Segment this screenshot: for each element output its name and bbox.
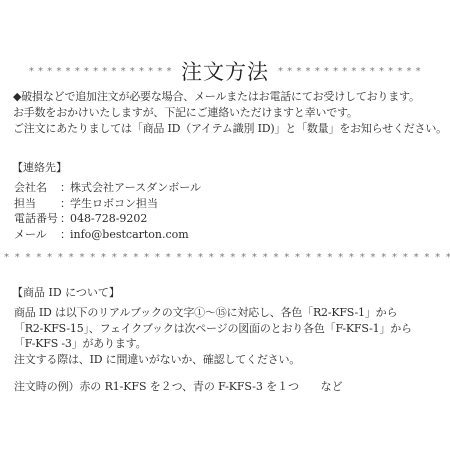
email-address: info@bestcarton.com [70, 227, 189, 243]
phone-number: 048-728-9202 [70, 211, 147, 227]
intro-line: ◆破損などで追加注文が必要な場合、メールまたはお電話にてお受けしております。 [13, 89, 447, 105]
contact-value: 学生ロボコン担当 [70, 196, 158, 212]
intro-line: ご注文にあたりましては「商品 ID（アイテム識別 ID)」と「数量」をお知らせく… [13, 121, 447, 137]
order-example: 注文時の例）赤の R1-KFS を２つ、青の F-KFS-3 を１つ など [14, 378, 343, 394]
stars-divider: * * * * * * * * * * * * * * * * * * * * … [4, 245, 446, 264]
contact-heading: 【連絡先】 [12, 159, 67, 175]
page-title: 注文方法 [181, 56, 269, 86]
contact-separator: ： [60, 211, 70, 227]
contact-list: 会社名 ： 株式会社アースダンボール 担当 ： 学生ロボコン担当 電話番号 ： … [14, 180, 201, 242]
contact-row-person: 担当 ： 学生ロボコン担当 [14, 196, 201, 212]
product-id-line: 「F-KFS -3」があります。 [14, 336, 412, 352]
intro-line: お手数をおかけいたしますが、下記にご連絡いただけますと幸いです。 [13, 105, 447, 121]
contact-label: 電話番号 [14, 211, 60, 227]
product-id-heading: 【商品 ID について】 [12, 284, 120, 300]
product-id-line: 注文する際は、ID に間違いがないか、確認してください。 [14, 352, 412, 368]
contact-separator: ： [60, 180, 70, 196]
contact-label: 会社名 [14, 180, 60, 196]
contact-label: メール [14, 227, 60, 243]
contact-separator: ： [60, 196, 70, 212]
contact-separator: ： [60, 227, 70, 243]
contact-label: 担当 [14, 196, 60, 212]
contact-row-company: 会社名 ： 株式会社アースダンボール [14, 180, 201, 196]
stars-decoration-left: * * * * * * * * * * * * * * * * [29, 66, 172, 77]
product-id-line: 「R2-KFS-15」、フェイクブックは次ページの図面のとおり各色「F-KFS-… [14, 321, 412, 337]
title-row: * * * * * * * * * * * * * * * * 注文方法 * *… [0, 56, 450, 86]
contact-row-email: メール ： info@bestcarton.com [14, 227, 201, 243]
stars-decoration-right: * * * * * * * * * * * * * * * * [278, 66, 421, 77]
product-id-paragraph: 商品 ID は以下のリアルブックの文字①〜⑮に対応し、各色「R2-KFS-1」か… [14, 305, 412, 367]
product-id-line: 商品 ID は以下のリアルブックの文字①〜⑮に対応し、各色「R2-KFS-1」か… [14, 305, 412, 321]
contact-row-phone: 電話番号 ： 048-728-9202 [14, 211, 201, 227]
intro-paragraph: ◆破損などで追加注文が必要な場合、メールまたはお電話にてお受けしております。 お… [13, 89, 447, 137]
stars-decoration: * * * * * * * * * * * * * * * * * * * * … [4, 252, 450, 263]
contact-value: 株式会社アースダンボール [70, 180, 201, 196]
